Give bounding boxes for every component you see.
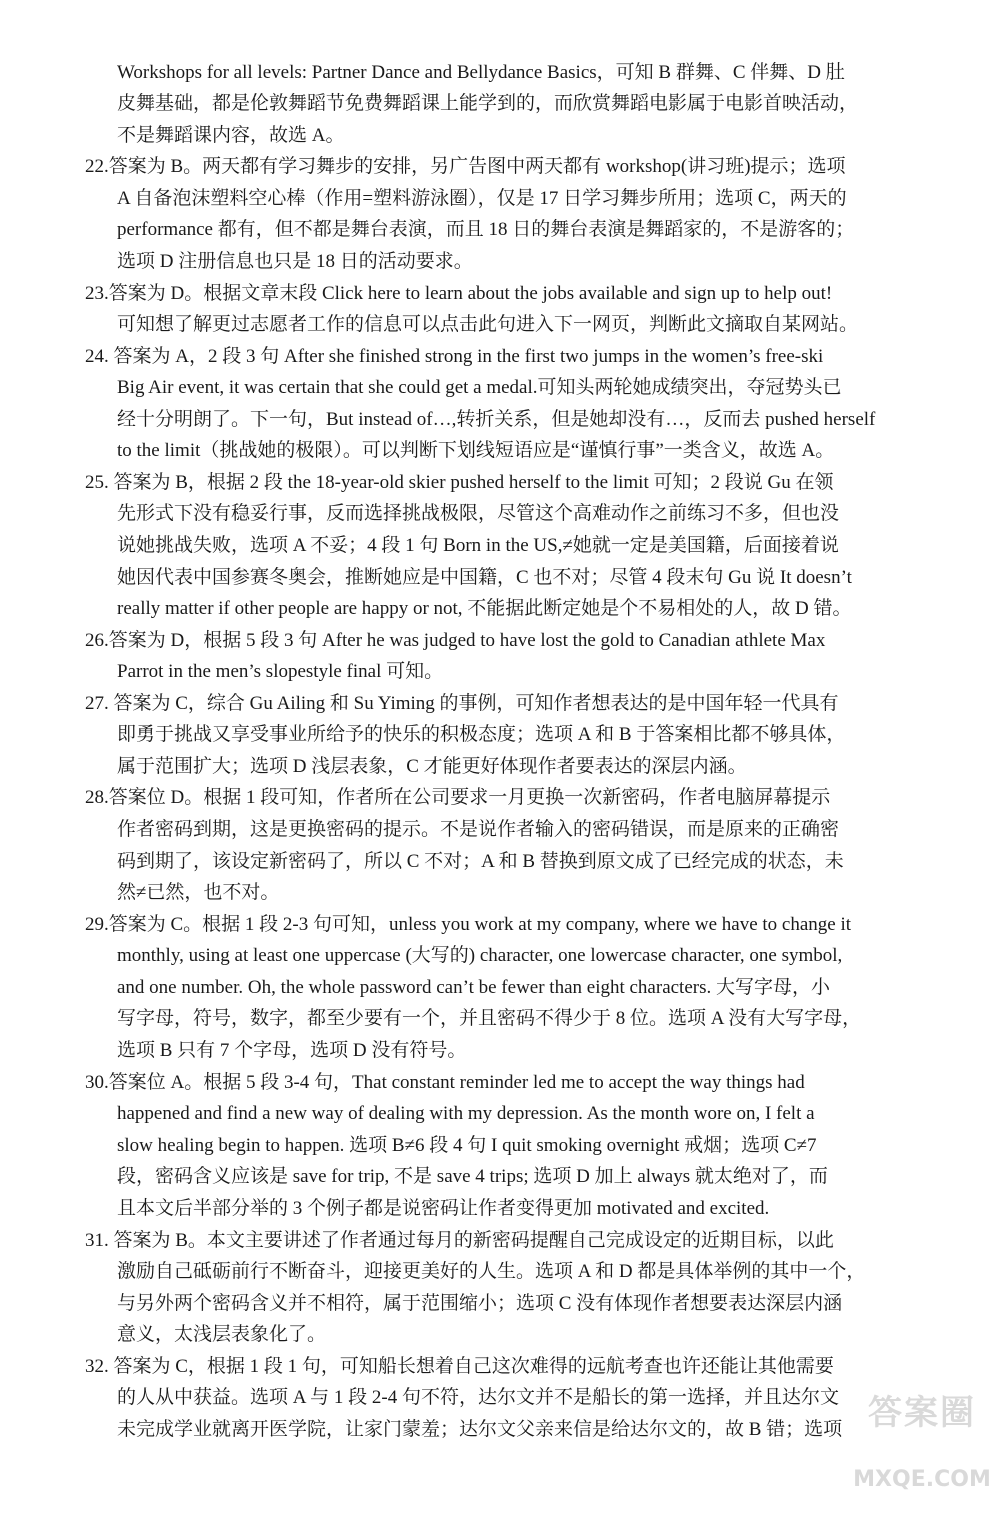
text-line: Workshops for all levels: Partner Dance … xyxy=(117,61,845,85)
text-line: Parrot in the men’s slopestyle final 可知。 xyxy=(117,660,443,684)
watermark-logo: 答案圈 MXQE.COM xyxy=(852,1393,992,1513)
answer-31-line: 31. 答案为 B。本文主要讲述了作者通过每月的新密码提醒自己完成设定的近期目标… xyxy=(85,1229,834,1253)
text-line: slow healing begin to happen. 选项 B≠6 段 4… xyxy=(117,1134,817,1158)
text-line: A 自备泡沫塑料空心棒（作用=塑料游泳圈），仅是 17 日学习舞步所用；选项 C… xyxy=(117,187,847,211)
answer-24-line: 24. 答案为 A，2 段 3 句 After she finished str… xyxy=(85,345,823,369)
text-line: 激励自己砥砺前行不断奋斗，迎接更美好的人生。选项 A 和 D 都是具体举例的其中… xyxy=(117,1260,865,1284)
text-line: 说她挑战失败，选项 A 不妥；4 段 1 句 Born in the US,≠她… xyxy=(117,534,839,558)
text-line: 然≠已然，也不对。 xyxy=(117,881,279,905)
answer-23-line: 23.答案为 D。根据文章末段 Click here to learn abou… xyxy=(85,282,832,306)
answer-29-line: 29.答案为 C。根据 1 段 2-3 句可知，unless you work … xyxy=(85,913,851,937)
text-line: 经十分明朗了。下一句，But instead of…,转折关系，但是她却没有…，… xyxy=(117,408,875,432)
answer-26-line: 26.答案为 D，根据 5 段 3 句 After he was judged … xyxy=(85,629,825,653)
text-line: 未完成学业就离开医学院，让家门蒙羞；达尔文父亲来信是给达尔文的，故 B 错；选项 xyxy=(117,1418,842,1442)
text-line: 写字母，符号，数字，都至少要有一个，并且密码不得少于 8 位。选项 A 没有大写… xyxy=(117,1007,861,1031)
text-line: 与另外两个密码含义并不相符，属于范围缩小；选项 C 没有体现作者想要表达深层内涵 xyxy=(117,1292,842,1316)
text-line: 即勇于挑战又享受事业所给予的快乐的积极态度；选项 A 和 B 于答案相比都不够具… xyxy=(117,723,845,747)
text-line: 选项 D 注册信息也只是 18 日的活动要求。 xyxy=(117,250,473,274)
answer-28-line: 28.答案位 D。根据 1 段可知，作者所在公司要求一月更换一次新密码，作者电脑… xyxy=(85,786,830,810)
watermark-top-text: 答案圈 xyxy=(852,1393,992,1433)
text-line: 码到期了，该设定新密码了，所以 C 不对；A 和 B 替换到原文成了已经完成的状… xyxy=(117,850,844,874)
answer-30-line: 30.答案位 A。根据 5 段 3-4 句，That constant remi… xyxy=(85,1071,805,1095)
answer-explanation-page: Workshops for all levels: Partner Dance … xyxy=(0,0,1000,1521)
text-line: 不是舞蹈课内容，故选 A。 xyxy=(117,124,344,148)
text-line: 作者密码到期，这是更换密码的提示。不是说作者输入的密码错误，而是原来的正确密 xyxy=(117,818,839,842)
answer-25-line: 25. 答案为 B，根据 2 段 the 18-year-old skier p… xyxy=(85,471,833,495)
text-line: happened and find a new way of dealing w… xyxy=(117,1102,815,1126)
text-line: performance 都有，但不都是舞台表演，而且 18 日的舞台表演是舞蹈家… xyxy=(117,218,854,242)
text-line: 属于范围扩大；选项 D 浅层表象，C 才能更好体现作者要表达的深层内涵。 xyxy=(117,755,747,779)
text-line: 的人从中获益。选项 A 与 1 段 2-4 句不符，达尔文并不是船长的第一选择，… xyxy=(117,1386,839,1410)
text-line: and one number. Oh, the whole password c… xyxy=(117,976,830,1000)
text-line: 皮舞基础，都是伦敦舞蹈节免费舞蹈课上能学到的，而欣赏舞蹈电影属于电影首映活动， xyxy=(117,92,858,116)
text-line: monthly, using at least one uppercase (大… xyxy=(117,944,842,968)
text-line: Big Air event, it was certain that she c… xyxy=(117,376,842,400)
answer-32-line: 32. 答案为 C，根据 1 段 1 句，可知船长想着自己这次难得的远航考查也许… xyxy=(85,1355,834,1379)
watermark-bottom-text: MXQE.COM xyxy=(852,1467,992,1493)
text-line: really matter if other people are happy … xyxy=(117,597,852,621)
text-line: 先形式下没有稳妥行事，反而选择挑战极限，尽管这个高难动作之前练习不多，但也没 xyxy=(117,502,839,526)
text-line: to the limit（挑战她的极限）。可以判断下划线短语应是“谨慎行事”一类… xyxy=(117,439,834,463)
text-line: 段，密码含义应该是 save for trip, 不是 save 4 trips… xyxy=(117,1165,828,1189)
text-line: 可知想了解更过志愿者工作的信息可以点击此句进入下一网页，判断此文摘取自某网站。 xyxy=(117,313,858,337)
answer-27-line: 27. 答案为 C，综合 Gu Ailing 和 Su Yiming 的事例，可… xyxy=(85,692,839,716)
text-line: 她因代表中国参赛冬奥会，推断她应是中国籍，C 也不对；尽管 4 段末句 Gu 说… xyxy=(117,566,852,590)
text-line: 选项 B 只有 7 个字母，选项 D 没有符号。 xyxy=(117,1039,466,1063)
answer-22-line: 22.答案为 B。两天都有学习舞步的安排，另广告图中两天都有 workshop(… xyxy=(85,155,846,179)
text-line: 意义，太浅层表象化了。 xyxy=(117,1323,326,1347)
text-line: 且本文后半部分举的 3 个例子都是说密码让作者变得更加 motivated an… xyxy=(117,1197,769,1221)
